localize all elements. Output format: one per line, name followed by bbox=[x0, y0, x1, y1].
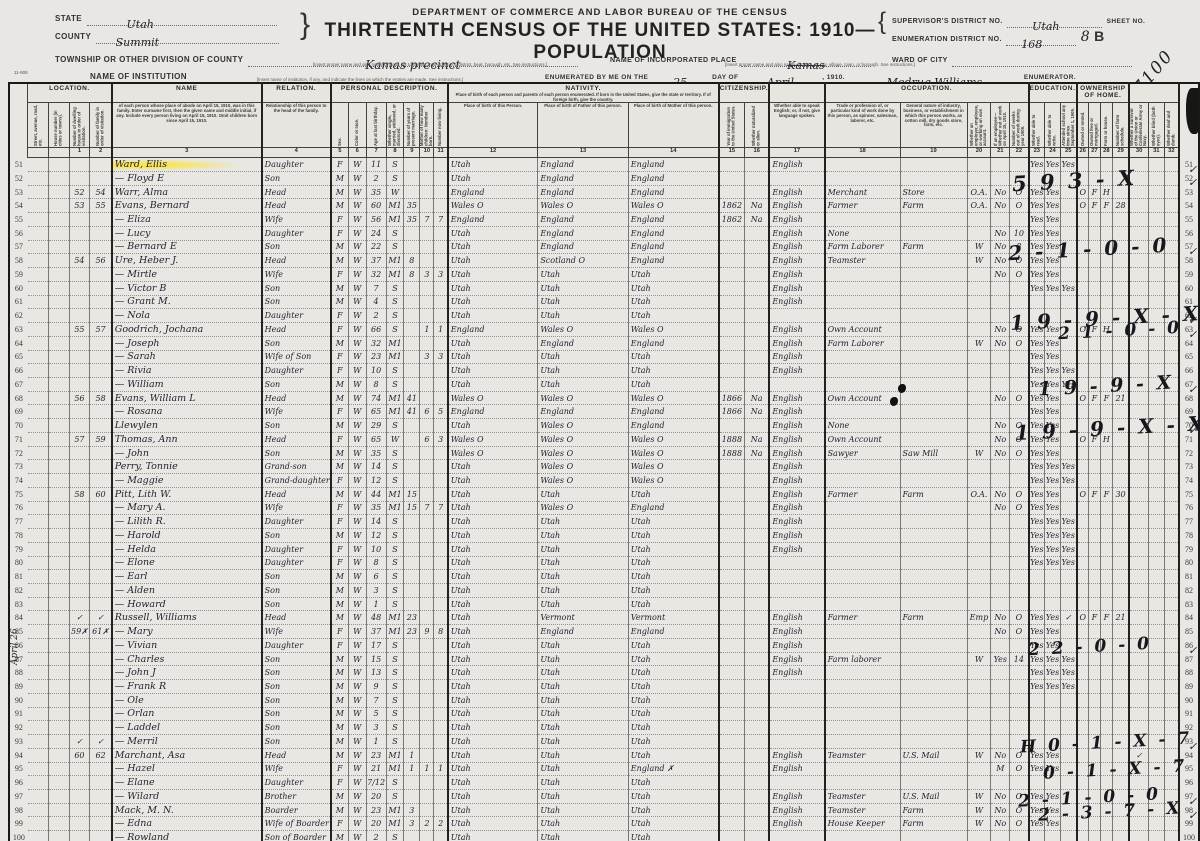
column-group bbox=[1129, 83, 1179, 103]
line-number-left: 55 bbox=[9, 213, 28, 227]
cell bbox=[420, 721, 434, 735]
cell bbox=[825, 501, 900, 515]
cell: 1 bbox=[404, 748, 420, 762]
cell bbox=[48, 776, 69, 790]
cell bbox=[90, 295, 112, 309]
cell: Yes bbox=[1029, 487, 1045, 501]
cell bbox=[28, 790, 49, 804]
column-number: 32 bbox=[1164, 148, 1179, 158]
cell bbox=[1088, 666, 1100, 680]
cell bbox=[967, 556, 991, 570]
cell: M bbox=[331, 487, 349, 501]
enumeration-label: Enumeration District No. bbox=[892, 36, 1002, 43]
cell bbox=[967, 350, 991, 364]
cell bbox=[719, 625, 745, 639]
cell bbox=[48, 652, 69, 666]
cell bbox=[28, 405, 49, 419]
cell: M bbox=[331, 446, 349, 460]
cell: English bbox=[769, 611, 824, 625]
cell: Utah bbox=[448, 803, 538, 817]
line-number-right: 74 bbox=[1179, 474, 1199, 488]
table-row: 8559✗61✗— MaryWifeFW37M12398UtahEnglandE… bbox=[9, 625, 1199, 639]
cell: 22 bbox=[366, 240, 386, 254]
column-number: 13 bbox=[538, 148, 628, 158]
cell: Yes bbox=[1029, 446, 1045, 460]
cell: Saw Mill bbox=[900, 446, 967, 460]
cell bbox=[69, 776, 90, 790]
cell bbox=[28, 171, 49, 185]
table-row: 86— VivianDaughterFW17SUtahUtahUtahEngli… bbox=[9, 638, 1199, 652]
cell bbox=[719, 542, 745, 556]
column-header: Place of birth of this Person. bbox=[448, 103, 538, 148]
line-number-right: 54 bbox=[1179, 199, 1199, 213]
column-number: 28 bbox=[1100, 148, 1112, 158]
cell bbox=[825, 364, 900, 378]
cell: 35 bbox=[404, 199, 420, 213]
cell bbox=[69, 501, 90, 515]
line-number-right: 59 bbox=[1179, 268, 1199, 282]
cell bbox=[745, 790, 770, 804]
cell bbox=[825, 377, 900, 391]
cell bbox=[434, 803, 448, 817]
cell: 1862 bbox=[719, 213, 745, 227]
cell: W bbox=[348, 680, 366, 694]
cell bbox=[1010, 707, 1029, 721]
line-number-right: 72 bbox=[1179, 446, 1199, 460]
cell: S bbox=[386, 474, 404, 488]
cell bbox=[769, 721, 824, 735]
cell bbox=[745, 831, 770, 841]
column-number: 15 bbox=[719, 148, 745, 158]
cell bbox=[1010, 776, 1029, 790]
cell: Utah bbox=[538, 268, 628, 282]
cell bbox=[825, 171, 900, 185]
cell bbox=[69, 240, 90, 254]
cell: Utah bbox=[628, 556, 718, 570]
cell bbox=[1148, 487, 1164, 501]
cell bbox=[745, 364, 770, 378]
cell bbox=[719, 515, 745, 529]
cell: Warr, Alma bbox=[112, 185, 262, 199]
cell: Utah bbox=[538, 735, 628, 749]
cell bbox=[991, 680, 1010, 694]
cell bbox=[1112, 666, 1129, 680]
column-group: RELATION. bbox=[262, 83, 331, 103]
column-header: Relationship of this person to the head … bbox=[262, 103, 331, 148]
cell bbox=[900, 831, 967, 841]
cell: Utah bbox=[448, 680, 538, 694]
cell: English bbox=[769, 281, 824, 295]
cell bbox=[69, 721, 90, 735]
cell: Utah bbox=[628, 721, 718, 735]
cell bbox=[991, 693, 1010, 707]
cell: W bbox=[348, 611, 366, 625]
cell bbox=[1077, 281, 1089, 295]
cell bbox=[90, 350, 112, 364]
line-number-right: 83 bbox=[1179, 597, 1199, 611]
column-header: Number of years of present marriage. bbox=[404, 103, 420, 148]
cell bbox=[967, 666, 991, 680]
cell bbox=[967, 474, 991, 488]
cell: Llewylen bbox=[112, 419, 262, 433]
cell bbox=[769, 680, 824, 694]
cell bbox=[719, 474, 745, 488]
cell bbox=[1129, 501, 1148, 515]
cell bbox=[719, 735, 745, 749]
cell bbox=[434, 309, 448, 323]
cell bbox=[1164, 199, 1179, 213]
cell: English bbox=[769, 199, 824, 213]
cell: M bbox=[331, 680, 349, 694]
column-header: Owned or rented. bbox=[1077, 103, 1089, 148]
cell: M1 bbox=[386, 748, 404, 762]
cell: English bbox=[769, 790, 824, 804]
cell bbox=[745, 501, 770, 515]
cell bbox=[1164, 350, 1179, 364]
cell bbox=[48, 748, 69, 762]
cell: S bbox=[386, 790, 404, 804]
cell: 65 bbox=[366, 432, 386, 446]
cell: England bbox=[538, 213, 628, 227]
cell bbox=[404, 240, 420, 254]
cell: W bbox=[967, 446, 991, 460]
cell bbox=[404, 583, 420, 597]
cell: 3 bbox=[366, 721, 386, 735]
cell: F bbox=[1100, 199, 1112, 213]
cell bbox=[90, 542, 112, 556]
cell bbox=[1148, 542, 1164, 556]
cell bbox=[900, 171, 967, 185]
cell bbox=[719, 762, 745, 776]
line-number-left: 60 bbox=[9, 281, 28, 295]
cell bbox=[745, 666, 770, 680]
cell bbox=[1129, 707, 1148, 721]
cell bbox=[420, 377, 434, 391]
cell: W bbox=[967, 240, 991, 254]
cell bbox=[48, 542, 69, 556]
sheet-label: Sheet No. bbox=[1107, 18, 1146, 25]
cell bbox=[1010, 295, 1029, 309]
cell bbox=[719, 419, 745, 433]
cell: 8 bbox=[434, 625, 448, 639]
cell: Wife bbox=[262, 268, 331, 282]
cell: Yes bbox=[1045, 542, 1061, 556]
cell: — Victor B bbox=[112, 281, 262, 295]
form-number: 11-908 bbox=[14, 70, 28, 75]
table-row: 79— HeldaDaughterFW10SUtahUtahUtahEnglis… bbox=[9, 542, 1199, 556]
cell bbox=[1164, 776, 1179, 790]
cell: Yes bbox=[1029, 542, 1045, 556]
cell: Yes bbox=[1029, 625, 1045, 639]
margin-tick: ✓ bbox=[1188, 245, 1197, 258]
cell: Utah bbox=[538, 515, 628, 529]
cell: 9 bbox=[420, 625, 434, 639]
column-header: Number of dwelling house in order of vis… bbox=[69, 103, 90, 148]
cell: Head bbox=[262, 185, 331, 199]
cell bbox=[1061, 446, 1077, 460]
cell bbox=[69, 281, 90, 295]
cell: O bbox=[1077, 487, 1089, 501]
cell bbox=[719, 364, 745, 378]
cell: Utah bbox=[538, 364, 628, 378]
cell: W bbox=[348, 377, 366, 391]
institution-label: Name of Institution bbox=[90, 72, 187, 81]
cell: W bbox=[348, 625, 366, 639]
cell bbox=[420, 419, 434, 433]
cell: W bbox=[348, 597, 366, 611]
cell: W bbox=[348, 213, 366, 227]
cell bbox=[420, 529, 434, 543]
cell: Daughter bbox=[262, 309, 331, 323]
cell: No bbox=[991, 803, 1010, 817]
cell bbox=[90, 666, 112, 680]
cell bbox=[90, 158, 112, 172]
cell bbox=[719, 460, 745, 474]
cell bbox=[900, 529, 967, 543]
cell: F bbox=[331, 556, 349, 570]
cell bbox=[420, 391, 434, 405]
cell: 7 bbox=[434, 213, 448, 227]
cell: O bbox=[1010, 501, 1029, 515]
column-header: Sex. bbox=[331, 103, 349, 148]
cell bbox=[900, 419, 967, 433]
ward-label: Ward of city bbox=[892, 57, 948, 64]
table-row: 99— EdnaWife of BoarderFW20M1322UtahUtah… bbox=[9, 817, 1199, 831]
cell bbox=[967, 570, 991, 584]
cell bbox=[1088, 515, 1100, 529]
table-row: 69— RosanaWifeFW65M14165EnglandEnglandEn… bbox=[9, 405, 1199, 419]
cell: F bbox=[331, 323, 349, 337]
cell: ✓ bbox=[1061, 611, 1077, 625]
cell: — Orlan bbox=[112, 707, 262, 721]
column-number: 20 bbox=[967, 148, 991, 158]
column-number: 26 bbox=[1077, 148, 1089, 158]
cell bbox=[967, 707, 991, 721]
column-number: 1 bbox=[69, 148, 90, 158]
cell: Russell, Williams bbox=[112, 611, 262, 625]
cell: Son bbox=[262, 446, 331, 460]
cell: 1888 bbox=[719, 446, 745, 460]
cell bbox=[404, 721, 420, 735]
margin-date-note: April 26 bbox=[10, 628, 20, 665]
column-header: Place of birth of Father of this person. bbox=[538, 103, 628, 148]
cell bbox=[69, 666, 90, 680]
cell bbox=[420, 515, 434, 529]
cell: S bbox=[386, 446, 404, 460]
cell bbox=[48, 611, 69, 625]
cell bbox=[900, 625, 967, 639]
cell bbox=[1100, 570, 1112, 584]
cell bbox=[719, 611, 745, 625]
cell bbox=[69, 707, 90, 721]
cell: 6 bbox=[366, 570, 386, 584]
cell bbox=[1010, 831, 1029, 841]
cell: Wales O bbox=[538, 501, 628, 515]
line-number-right: 75 bbox=[1179, 487, 1199, 501]
cell: 12 bbox=[366, 529, 386, 543]
cell: Farm bbox=[900, 817, 967, 831]
cell: — Maggie bbox=[112, 474, 262, 488]
right-brace: { bbox=[878, 8, 886, 36]
column-header: Attended school any time since September… bbox=[1061, 103, 1077, 148]
cell bbox=[69, 350, 90, 364]
line-number-left: 88 bbox=[9, 666, 28, 680]
cell: Utah bbox=[448, 281, 538, 295]
cell: Farm Laborer bbox=[825, 336, 900, 350]
cell bbox=[719, 707, 745, 721]
cell: Utah bbox=[628, 666, 718, 680]
cell: Utah bbox=[538, 529, 628, 543]
cell: Farm bbox=[900, 240, 967, 254]
cell bbox=[404, 515, 420, 529]
cell: — Lucy bbox=[112, 226, 262, 240]
cell: W bbox=[348, 460, 366, 474]
cell bbox=[1088, 350, 1100, 364]
cell: 23 bbox=[404, 611, 420, 625]
column-number: 17 bbox=[769, 148, 824, 158]
cell bbox=[1129, 583, 1148, 597]
cell bbox=[1077, 474, 1089, 488]
cell: Utah bbox=[538, 350, 628, 364]
cell bbox=[420, 597, 434, 611]
cell bbox=[825, 268, 900, 282]
cell: F bbox=[331, 268, 349, 282]
cell bbox=[719, 323, 745, 337]
cell: S bbox=[386, 735, 404, 749]
cell: Utah bbox=[448, 364, 538, 378]
cell bbox=[90, 652, 112, 666]
cell: 2 bbox=[366, 831, 386, 841]
cell bbox=[1148, 213, 1164, 227]
cell: W bbox=[348, 570, 366, 584]
cell: M bbox=[331, 419, 349, 433]
cell: 10 bbox=[366, 542, 386, 556]
cell: W bbox=[348, 336, 366, 350]
cell bbox=[1010, 638, 1029, 652]
cell bbox=[719, 570, 745, 584]
line-number-right: 79 bbox=[1179, 542, 1199, 556]
cell bbox=[420, 158, 434, 172]
cell bbox=[1061, 831, 1077, 841]
cell: Sawyer bbox=[825, 446, 900, 460]
cell bbox=[719, 748, 745, 762]
column-header: Age at last birthday. bbox=[366, 103, 386, 148]
cell: Yes bbox=[1029, 666, 1045, 680]
cell bbox=[769, 556, 824, 570]
cell bbox=[48, 199, 69, 213]
cell bbox=[48, 336, 69, 350]
cell: Yes bbox=[1029, 501, 1045, 515]
cell bbox=[28, 803, 49, 817]
cell: O bbox=[1010, 336, 1029, 350]
cell: 3 bbox=[434, 432, 448, 446]
line-number-left: 77 bbox=[9, 515, 28, 529]
cell bbox=[434, 611, 448, 625]
cell bbox=[434, 446, 448, 460]
cell bbox=[769, 831, 824, 841]
cell bbox=[28, 501, 49, 515]
cell bbox=[404, 323, 420, 337]
cell bbox=[1129, 556, 1148, 570]
cell bbox=[719, 597, 745, 611]
cell: W bbox=[967, 748, 991, 762]
cell: S bbox=[386, 309, 404, 323]
cell bbox=[1129, 199, 1148, 213]
cell: Farm bbox=[900, 803, 967, 817]
cell: Evans, William L bbox=[112, 391, 262, 405]
cell: England bbox=[448, 405, 538, 419]
cell bbox=[90, 474, 112, 488]
cell bbox=[404, 707, 420, 721]
cell: Utah bbox=[538, 776, 628, 790]
cell bbox=[900, 515, 967, 529]
cell: — Helda bbox=[112, 542, 262, 556]
cell bbox=[719, 268, 745, 282]
cell: Na bbox=[745, 432, 770, 446]
cell: Yes bbox=[1029, 336, 1045, 350]
table-row: 83— HowardSonMW1SUtahUtahUtah83 bbox=[9, 597, 1199, 611]
cell bbox=[404, 226, 420, 240]
cell: Utah bbox=[448, 762, 538, 776]
cell bbox=[967, 693, 991, 707]
cell: M bbox=[331, 460, 349, 474]
cell: 1 bbox=[366, 597, 386, 611]
cell: M1 bbox=[386, 817, 404, 831]
cell: M bbox=[331, 254, 349, 268]
cell: 1 bbox=[366, 735, 386, 749]
cell: Head bbox=[262, 391, 331, 405]
table-row: 755860Pitt, Lith W.HeadMW44M115UtahUtahU… bbox=[9, 487, 1199, 501]
line-number-right: 55 bbox=[1179, 213, 1199, 227]
cell bbox=[900, 597, 967, 611]
line-number-right: 84 bbox=[1179, 611, 1199, 625]
line-number-right: 60 bbox=[1179, 281, 1199, 295]
cell: M1 bbox=[386, 405, 404, 419]
cell bbox=[991, 597, 1010, 611]
cell bbox=[719, 240, 745, 254]
cell bbox=[69, 336, 90, 350]
cell: 1866 bbox=[719, 405, 745, 419]
cell: 7 bbox=[420, 501, 434, 515]
cell bbox=[1164, 680, 1179, 694]
cell: Store bbox=[900, 185, 967, 199]
cell bbox=[1010, 158, 1029, 172]
cell: — Alden bbox=[112, 583, 262, 597]
table-row: 89— Frank RSonMW9SUtahUtahUtahYesYesYes8… bbox=[9, 680, 1199, 694]
cell: England bbox=[628, 240, 718, 254]
cell: Teamster bbox=[825, 803, 900, 817]
cell bbox=[420, 748, 434, 762]
table-row: 72— JohnSonMW35SWales OWales OWales O188… bbox=[9, 446, 1199, 460]
cell: Yes bbox=[991, 652, 1010, 666]
cell bbox=[1148, 171, 1164, 185]
cell: 3 bbox=[420, 350, 434, 364]
cell bbox=[1100, 501, 1112, 515]
cell bbox=[1148, 570, 1164, 584]
cell bbox=[1129, 542, 1148, 556]
cell bbox=[404, 831, 420, 841]
cell bbox=[825, 515, 900, 529]
column-header: Mother of how many children: Number born… bbox=[420, 103, 434, 148]
cell bbox=[1112, 474, 1129, 488]
cell bbox=[1100, 666, 1112, 680]
line-number-left: 51 bbox=[9, 158, 28, 172]
cell: Utah bbox=[538, 281, 628, 295]
cell: — John bbox=[112, 446, 262, 460]
cell: 23 bbox=[404, 625, 420, 639]
census-table-container: LOCATION.NAMERELATION.PERSONAL DESCRIPTI… bbox=[8, 82, 1200, 841]
cell bbox=[1045, 721, 1061, 735]
